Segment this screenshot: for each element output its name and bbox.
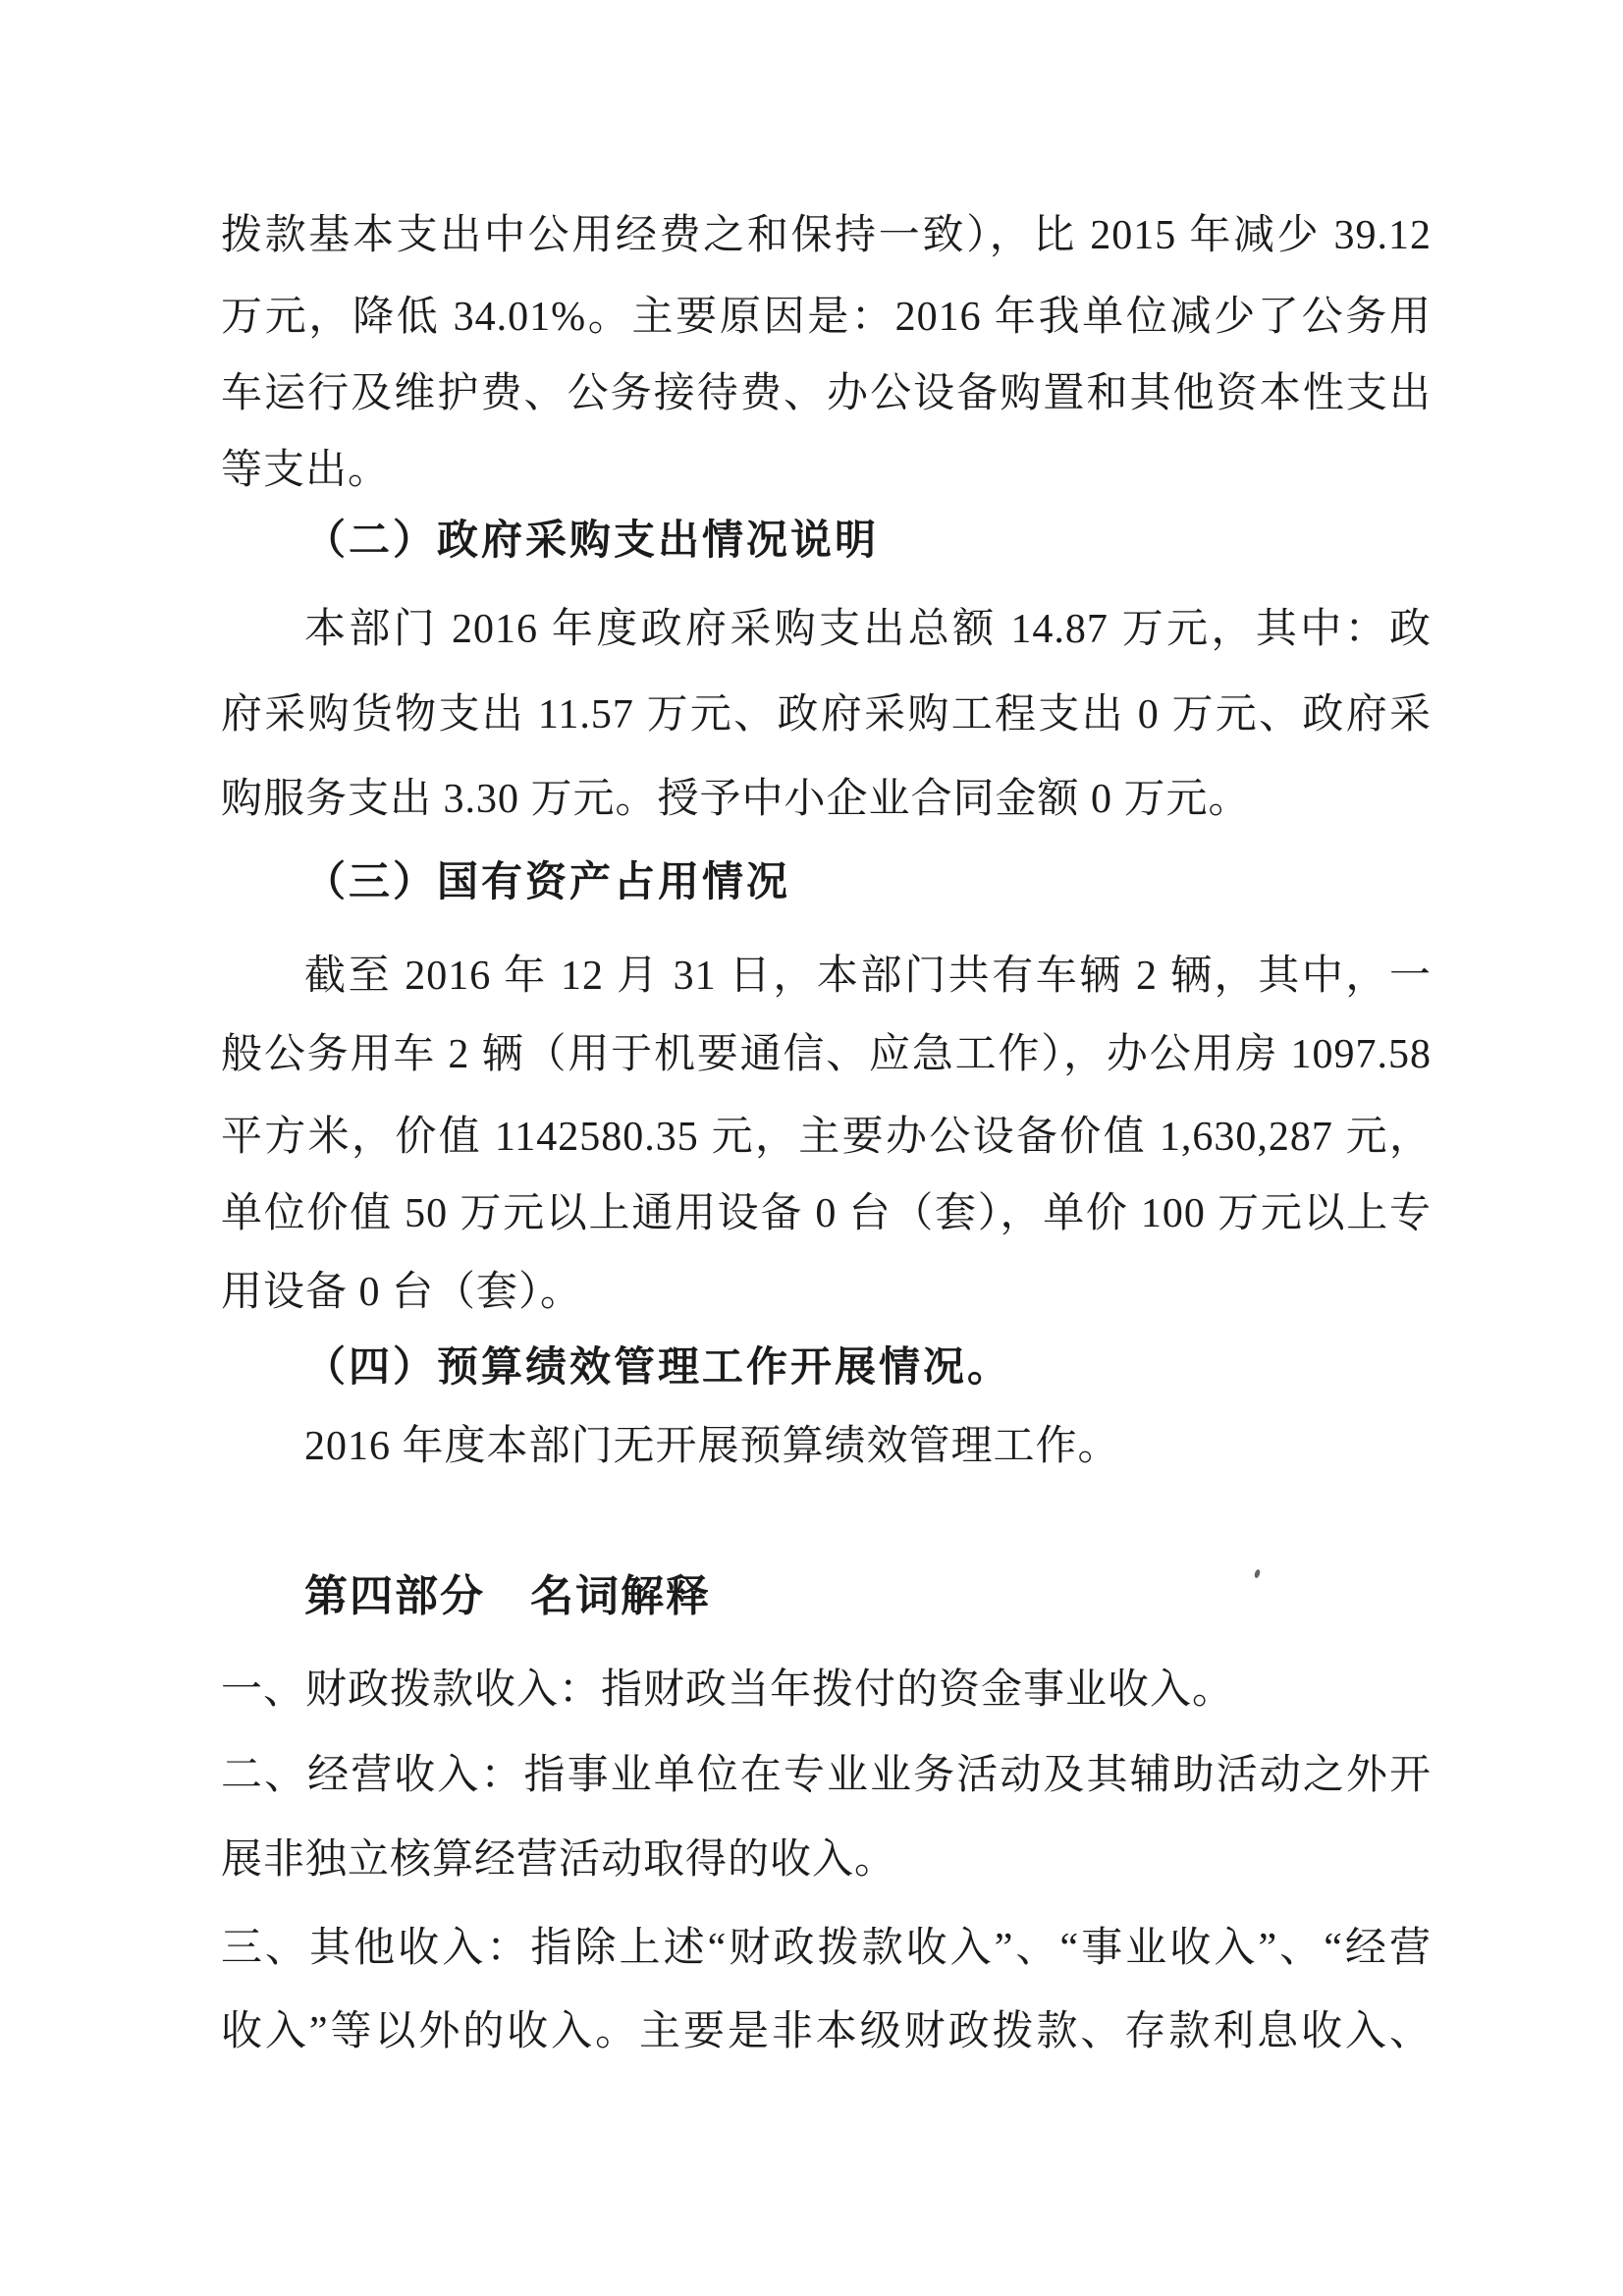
text-line: 万元，降低 34.01%。主要原因是：2016 年我单位减少了公务用 — [221, 287, 1432, 348]
text-line: 府采购货物支出 11.57 万元、政府采购工程支出 0 万元、政府采 — [221, 684, 1432, 745]
text-line: 用设备 0 台（套）。 — [221, 1262, 1432, 1323]
text-line: 购服务支出 3.30 万元。授予中小企业合同金额 0 万元。 — [221, 769, 1432, 830]
text-line: 本部门 2016 年度政府采购支出总额 14.87 万元，其中：政 — [221, 599, 1432, 660]
definition-line: 一、财政拨款收入：指财政当年拨付的资金事业收入。 — [221, 1660, 1432, 1721]
text-line: 拨款基本支出中公用经费之和保持一致），比 2015 年减少 39.12 — [221, 205, 1432, 266]
definition-line: 收入”等以外的收入。主要是非本级财政拨款、存款利息收入、 — [221, 2001, 1432, 2062]
text-layer: 拨款基本支出中公用经费之和保持一致），比 2015 年减少 39.12 万元，降… — [0, 0, 1623, 2296]
definition-line: 展非独立核算经营活动取得的收入。 — [221, 1830, 1432, 1890]
heading-section-2: （二）政府采购支出情况说明 — [221, 511, 1432, 572]
heading-section-3: （三）国有资产占用情况 — [221, 852, 1432, 913]
text-line: 般公务用车 2 辆（用于机要通信、应急工作），办公用房 1097.58 — [221, 1024, 1432, 1085]
text-line: 平方米，价值 1142580.35 元，主要办公设备价值 1,630,287 元… — [221, 1107, 1432, 1168]
definition-line: 三、其他收入：指除上述“财政拨款收入”、“事业收入”、“经营 — [221, 1918, 1432, 1979]
text-line: 截至 2016 年 12 月 31 日，本部门共有车辆 2 辆，其中，一 — [221, 946, 1432, 1007]
definition-line: 二、经营收入：指事业单位在专业业务活动及其辅助活动之外开 — [221, 1745, 1432, 1806]
document-page: 拨款基本支出中公用经费之和保持一致），比 2015 年减少 39.12 万元，降… — [0, 0, 1623, 2296]
text-line: 2016 年度本部门无开展预算绩效管理工作。 — [221, 1416, 1432, 1477]
text-line: 单位价值 50 万元以上通用设备 0 台（套），单价 100 万元以上专 — [221, 1183, 1432, 1244]
part-title: 第四部分 名词解释 — [221, 1566, 1432, 1627]
text-line: 等支出。 — [221, 440, 1432, 501]
heading-section-4: （四）预算绩效管理工作开展情况。 — [221, 1338, 1432, 1398]
text-line: 车运行及维护费、公务接待费、办公设备购置和其他资本性支出 — [221, 363, 1432, 424]
